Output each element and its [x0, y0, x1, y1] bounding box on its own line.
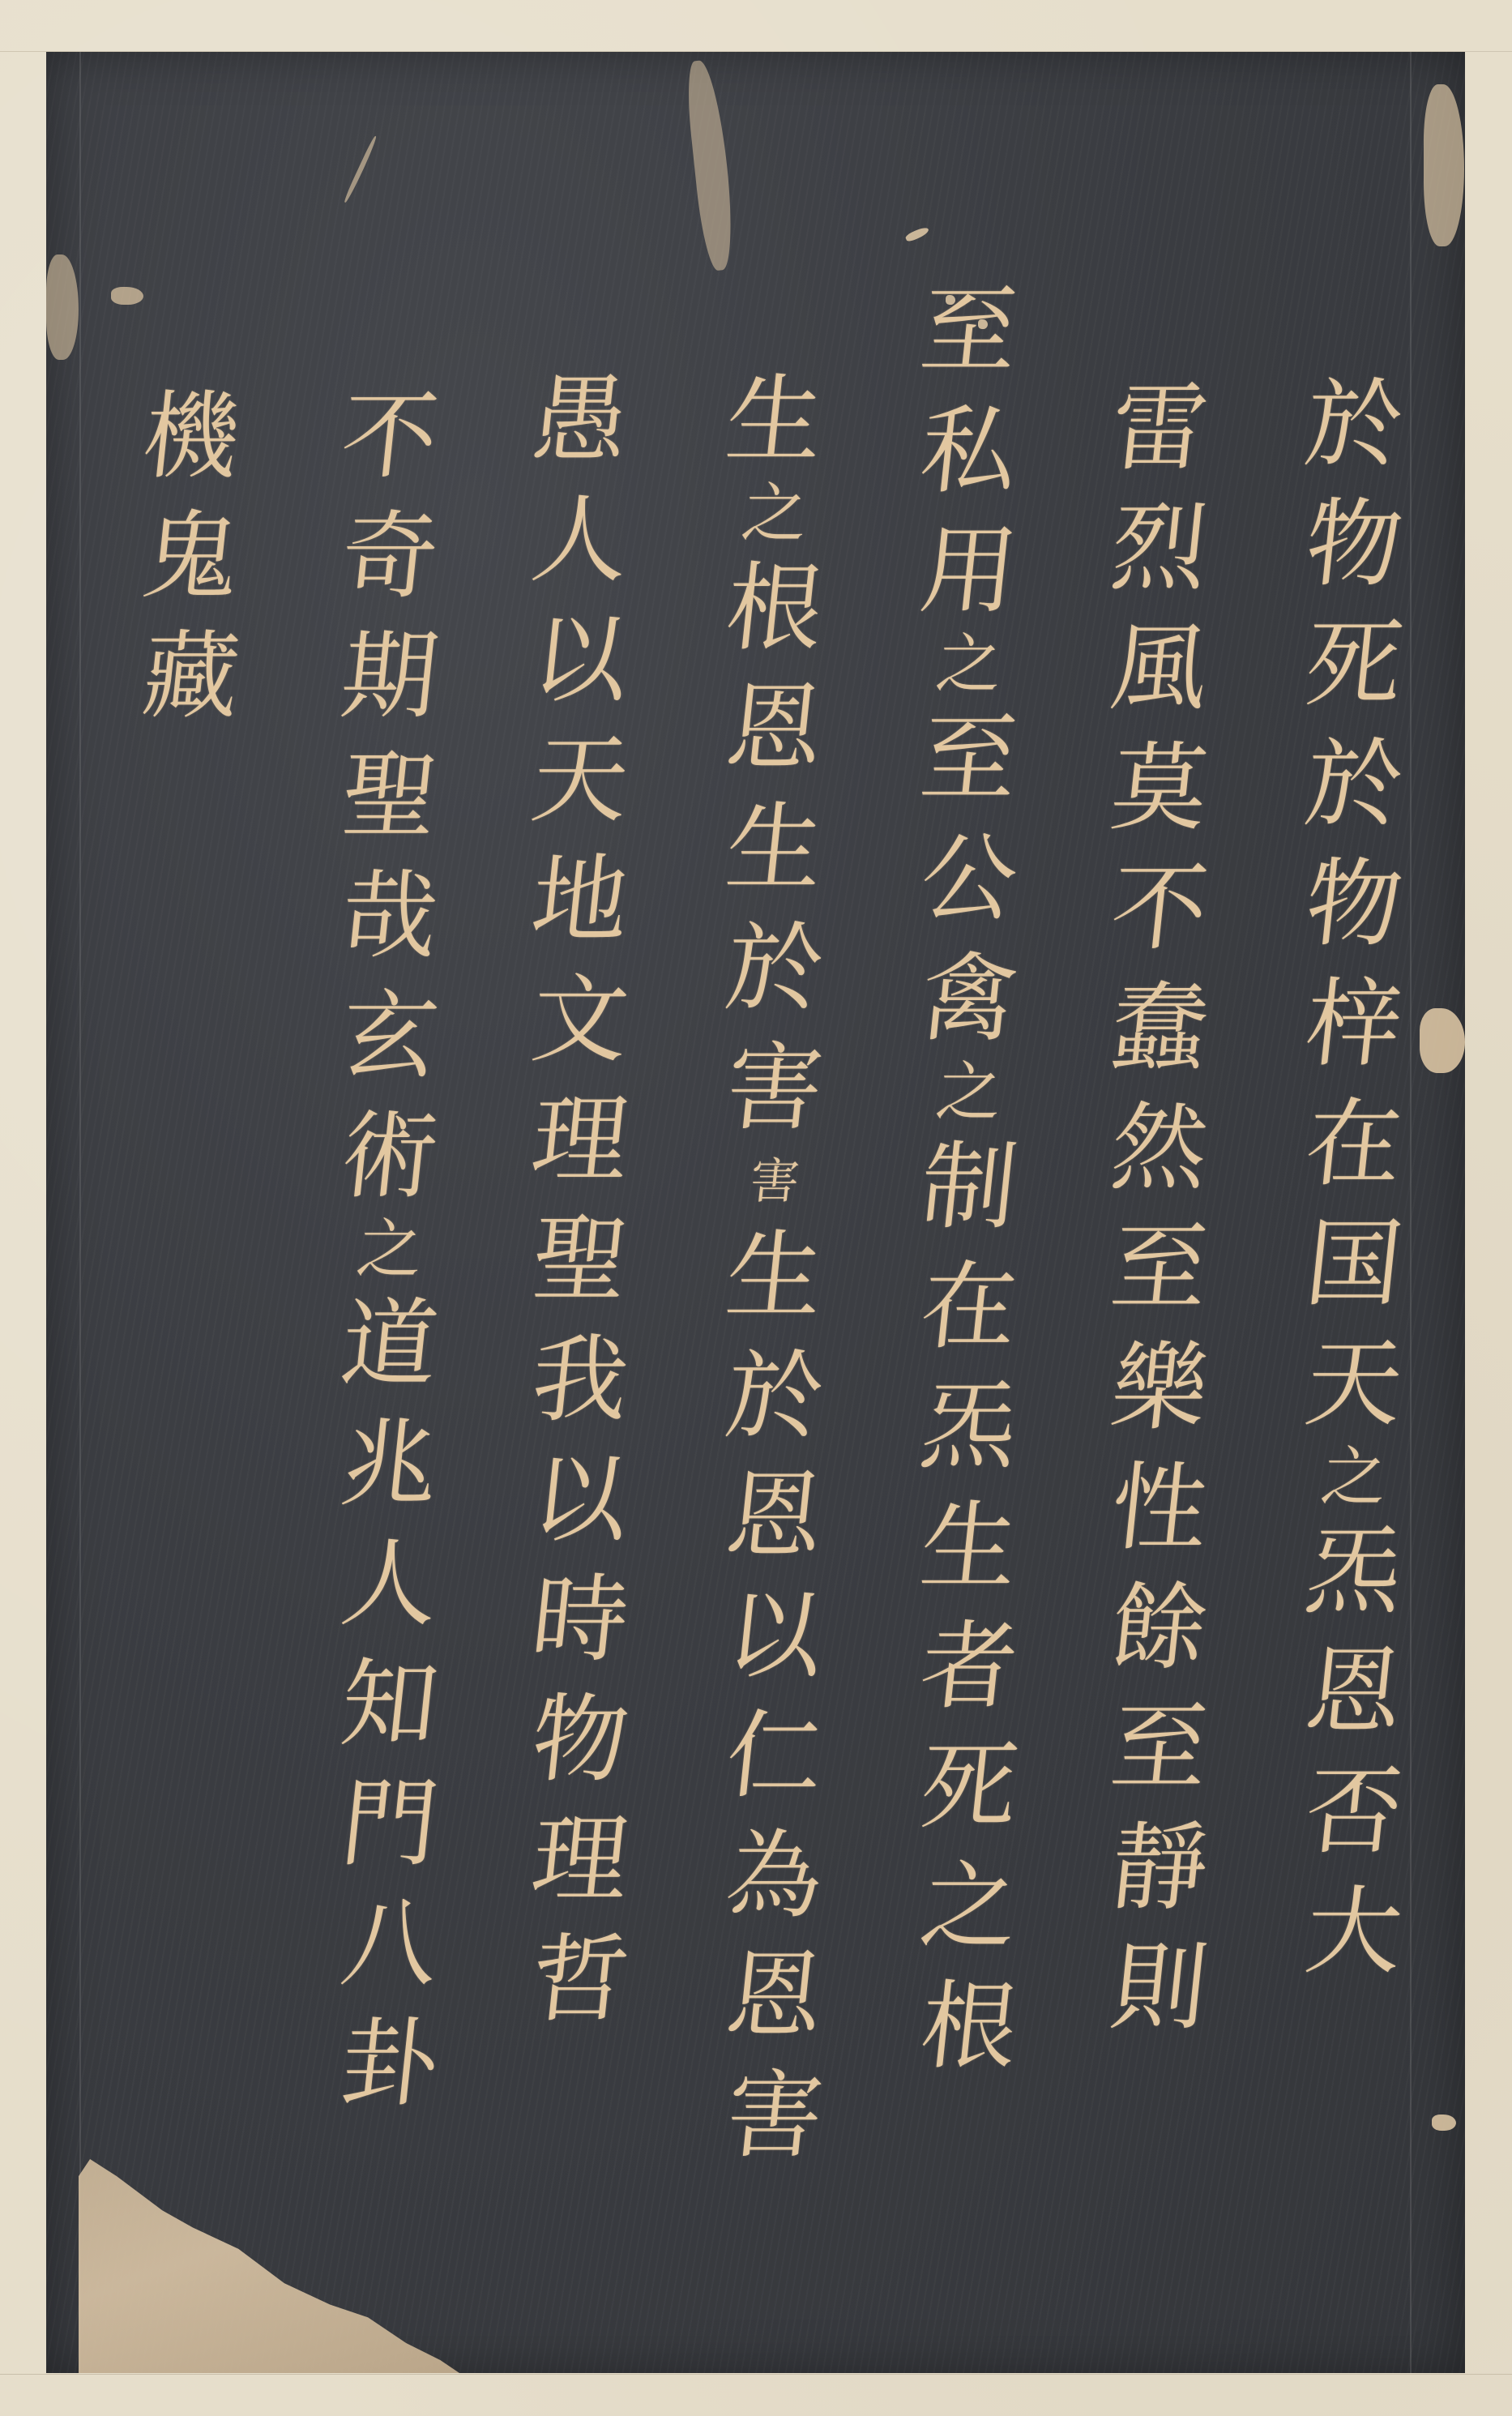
- character: 地: [526, 840, 634, 960]
- character: 以: [526, 1439, 634, 1559]
- character: 人: [526, 480, 634, 600]
- character: 至: [915, 271, 1023, 391]
- character: 不: [1105, 848, 1214, 968]
- text-column-7: 機 鬼 藏: [143, 376, 239, 736]
- character: 兆: [335, 1404, 444, 1524]
- character: 恩: [720, 1456, 829, 1576]
- damage-flake: [684, 59, 738, 272]
- character: 死: [1300, 604, 1408, 724]
- character: 知: [335, 1644, 444, 1764]
- text-column-2: 雷 烈 風 莫 不 蠢 然 至 樂 性 餘 至 靜 則: [1112, 368, 1207, 2047]
- character: 性: [1105, 1447, 1214, 1567]
- character: 生: [720, 788, 829, 908]
- character: 炁: [1300, 1512, 1408, 1631]
- character: 時: [526, 1559, 634, 1679]
- character: 之: [354, 1216, 426, 1284]
- character: 門: [335, 1764, 444, 1884]
- character: 於: [1300, 724, 1408, 844]
- character: 之: [933, 631, 1006, 699]
- damage-flake: [1420, 1008, 1465, 1073]
- character: 炁: [915, 1366, 1023, 1486]
- character: 公: [915, 819, 1023, 939]
- text-column-5: 愚 人 以 天 地 文 理 聖 我 以 時 物 理 哲: [532, 360, 628, 2039]
- text-column-6: 不 奇 期 聖 哉 玄 術 之 道 兆 人 知 門 八 卦: [342, 376, 438, 2123]
- character: 莫: [1105, 728, 1214, 848]
- character: 在: [1300, 1084, 1408, 1204]
- character: 人: [335, 1524, 444, 1644]
- character: 理: [526, 1080, 634, 1199]
- character: 則: [1105, 1927, 1214, 2047]
- character: 雷: [1105, 368, 1214, 488]
- character: 聖: [335, 736, 444, 856]
- character: 在: [915, 1246, 1023, 1366]
- character: 文: [526, 960, 634, 1080]
- character: 恩: [720, 668, 829, 788]
- character: 天: [1300, 1323, 1408, 1443]
- character: 之: [933, 1058, 1006, 1127]
- damage-flake: [904, 225, 929, 243]
- character: 玄: [335, 976, 444, 1096]
- character: 者: [915, 1606, 1023, 1726]
- damage-flake: [111, 287, 143, 305]
- character: 害: [747, 1148, 803, 1216]
- character: 生: [915, 1486, 1023, 1606]
- character: 恩: [720, 1935, 829, 2055]
- character: 八: [335, 1884, 444, 2003]
- character: 仁: [720, 1695, 829, 1815]
- damage-flake: [1424, 84, 1464, 246]
- character: 理: [526, 1799, 634, 1919]
- character: 奇: [335, 496, 444, 616]
- character: 生: [720, 360, 829, 480]
- character: 根: [720, 548, 829, 668]
- character: 禽: [915, 939, 1023, 1058]
- character: 以: [720, 1576, 829, 1695]
- character: 機: [137, 376, 246, 496]
- character: 制: [915, 1127, 1023, 1246]
- character: 之: [1318, 1443, 1390, 1512]
- damage-flake: [343, 135, 378, 203]
- character: 否: [1300, 1751, 1408, 1871]
- character: 物: [1300, 484, 1408, 604]
- character: 為: [720, 1815, 829, 1935]
- character: 之: [739, 480, 811, 548]
- character: 樂: [1105, 1328, 1214, 1447]
- character: 以: [526, 600, 634, 720]
- character: 私: [915, 391, 1023, 511]
- character: 死: [915, 1726, 1023, 1846]
- character: 於: [1300, 364, 1408, 484]
- character: 之: [915, 1846, 1023, 1966]
- character: 梓: [1300, 964, 1408, 1084]
- character: 哲: [526, 1919, 634, 2039]
- character: 風: [1105, 608, 1214, 728]
- character: 然: [1105, 1088, 1214, 1208]
- character: 国: [1300, 1204, 1408, 1323]
- character: 術: [335, 1096, 444, 1216]
- damage-flake: [1432, 2115, 1456, 2131]
- character: 恩: [1300, 1631, 1408, 1751]
- character: 至: [915, 699, 1023, 819]
- character: 天: [526, 720, 634, 840]
- character: 餘: [1105, 1567, 1214, 1687]
- mount-seam-bottom: [0, 2374, 1512, 2375]
- character: 害: [720, 1028, 829, 1148]
- text-column-3: 至 私 用 之 至 公 禽 之 制 在 炁 生 者 死 之 根: [921, 271, 1017, 2086]
- rubbing-panel: 於 物 死 於 物 梓 在 国 天 之 炁 恩 否 大 雷 烈 風 莫 不 蠢 …: [46, 52, 1465, 2373]
- character: 愚: [526, 360, 634, 480]
- text-column-4: 生 之 根 恩 生 於 害 害 生 於 恩 以 仁 為 恩 害: [727, 360, 822, 2175]
- character: 物: [526, 1679, 634, 1799]
- character: 害: [720, 2055, 829, 2175]
- character: 用: [915, 511, 1023, 631]
- panel-seam-right: [1410, 52, 1412, 2373]
- damaged-corner: [79, 2159, 459, 2373]
- character: 烈: [1105, 488, 1214, 608]
- character: 期: [335, 616, 444, 736]
- character: 靜: [1105, 1807, 1214, 1927]
- panel-seam-left: [79, 52, 81, 2373]
- character: 至: [1105, 1687, 1214, 1807]
- character: 哉: [335, 856, 444, 976]
- character: 物: [1300, 844, 1408, 964]
- character: 不: [335, 376, 444, 496]
- character: 聖: [526, 1199, 634, 1319]
- character: 生: [720, 1216, 829, 1336]
- character: 藏: [137, 616, 246, 736]
- character: 道: [335, 1284, 444, 1404]
- damage-flake: [46, 254, 79, 360]
- character: 至: [1105, 1208, 1214, 1328]
- character: 卦: [335, 2003, 444, 2123]
- character: 根: [915, 1966, 1023, 2086]
- character: 蠢: [1105, 968, 1214, 1088]
- text-column-1: 於 物 死 於 物 梓 在 国 天 之 炁 恩 否 大: [1306, 364, 1402, 1991]
- character: 鬼: [137, 496, 246, 616]
- character: 大: [1300, 1871, 1408, 1991]
- character: 於: [720, 1336, 829, 1456]
- character: 我: [526, 1319, 634, 1439]
- character: 於: [720, 908, 829, 1028]
